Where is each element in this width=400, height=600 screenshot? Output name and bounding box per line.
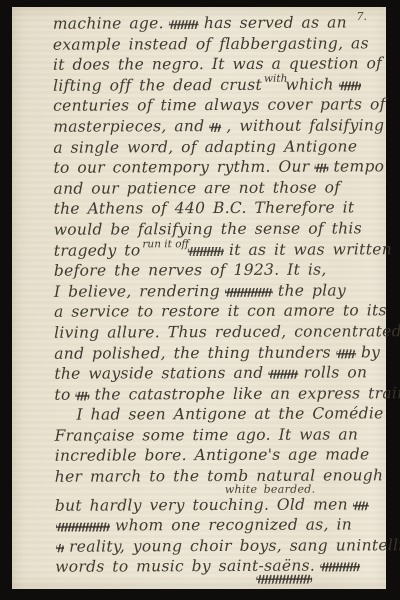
handwriting-text: the catastrophe like an express train. — [95, 384, 400, 403]
scribbled-out-word — [169, 20, 199, 29]
handwriting-text: which — [285, 75, 333, 93]
handwritten-line: reality, young choir boys, sang unintell… — [55, 535, 385, 557]
handwritten-line: to our contempory rythm. Ourtempo — [53, 156, 383, 178]
handwriting-text: a single word, of adapting Antigone — [53, 137, 357, 156]
handwritten-line: whom one recognized as, in — [55, 515, 385, 537]
handwritten-line: the Athens of 440 B.C. Therefore it — [54, 198, 384, 220]
handwriting-text: the play — [278, 281, 346, 299]
handwritten-line: and our patience are not those of — [53, 177, 383, 199]
interlinear-insertion: run it off — [142, 234, 189, 255]
handwriting-text: has served as an — [204, 13, 347, 32]
handwritten-line: words to music by saint-saëns. — [55, 556, 385, 578]
scribbled-out-word — [320, 563, 360, 572]
scribbled-out-word — [56, 523, 110, 532]
handwriting-text: white bearded. — [225, 482, 316, 495]
handwritten-line: I had seen Antigone at the Comédie — [54, 404, 384, 426]
handwriting-text: would be falsifying the sense of this — [54, 219, 362, 238]
handwritten-line: lifting off the dead crustwithwhich — [53, 74, 383, 96]
handwriting-text: it does the negro. It was a question of — [53, 54, 382, 73]
scribbled-out-word — [188, 247, 224, 256]
scribbled-out-word — [353, 501, 369, 510]
handwritten-line: would be falsifying the sense of this — [54, 218, 384, 240]
handwriting-text: rolls on — [303, 363, 367, 381]
handwritten-line: the wayside stations androlls on — [54, 362, 384, 384]
handwriting-text: before the nerves of 1923. It is, — [54, 261, 327, 280]
handwriting-text: reality, young choir boys, sang unintell… — [69, 536, 400, 556]
handwriting-text: the wayside stations and — [54, 364, 263, 383]
handwritten-line: incredible bore. Antigone's age made — [55, 445, 385, 467]
scribbled-out-word — [76, 391, 90, 400]
handwriting-text: her march to the tomb natural enough — [55, 466, 384, 485]
handwriting-text: but hardly very touching. Old men — [55, 495, 348, 514]
handwriting-text: lifting off the dead crust — [53, 76, 262, 95]
handwriting-text: tempo — [333, 157, 384, 175]
handwriting-text: and our patience are not those of — [53, 178, 340, 197]
handwritten-line: centuries of time always cover parts of — [53, 95, 383, 117]
handwriting-text: living allure. Thus reduced, concentrate… — [54, 322, 400, 342]
handwritten-line: masterpieces, and, without falsifying — [53, 115, 383, 137]
handwritten-line: it does the negro. It was a question of — [53, 53, 383, 75]
handwritten-line: a single word, of adapting Antigone — [53, 136, 383, 158]
handwritten-line: her march to the tomb natural enough — [55, 465, 385, 487]
handwriting-text: to our contempory rythm. Our — [53, 158, 309, 177]
handwriting-text: machine age. — [53, 14, 164, 32]
handwriting-text: I believe, rendering — [54, 282, 220, 301]
manuscript-lines: machine age.has served as anexample inst… — [53, 12, 386, 587]
handwriting-text: centuries of time always cover parts of — [53, 96, 386, 115]
scribbled-out-word — [268, 370, 298, 379]
handwriting-text: tragedy to — [54, 241, 141, 259]
handwriting-text: , without falsifying — [226, 116, 384, 135]
handwritten-line: example instead of flabbergasting, as — [53, 33, 383, 55]
handwritten-line: but hardly very touching. Old men — [55, 494, 385, 516]
scribbled-out-word — [209, 123, 221, 132]
interlinear-insertion: with — [264, 68, 287, 89]
handwritten-line: and polished, the thing thundersby — [54, 342, 384, 364]
handwritten-line: tothe catastrophe like an express train. — [54, 383, 384, 405]
scribbled-out-word — [56, 544, 64, 553]
manuscript-page: 7. machine age.has served as anexample i… — [12, 7, 386, 589]
handwriting-text: by — [361, 343, 380, 361]
handwriting-text: and polished, the thing thunders — [54, 343, 331, 362]
scan-background: 7. machine age.has served as anexample i… — [0, 0, 400, 600]
handwriting-text: I had seen Antigone at the Comédie — [76, 405, 383, 424]
scribbled-out-word — [339, 81, 361, 90]
scribbled-out-word — [314, 164, 328, 173]
handwritten-line: tragedy torun it offit as it was written — [54, 239, 384, 261]
handwritten-line: machine age.has served as an — [53, 12, 383, 34]
handwriting-text: masterpieces, and — [53, 117, 204, 136]
scribbled-out-word — [336, 349, 356, 358]
handwriting-text: incredible bore. Antigone's age made — [55, 446, 370, 465]
handwritten-line: Française some time ago. It was an — [55, 424, 385, 446]
handwritten-line: a service to restore it con amore to its — [54, 301, 384, 323]
handwriting-text: Française some time ago. It was an — [55, 425, 359, 444]
handwriting-text: a service to restore it con amore to its — [54, 302, 387, 321]
handwritten-line: I believe, renderingthe play — [54, 280, 384, 302]
handwriting-text: to — [54, 385, 70, 403]
handwriting-text: the Athens of 440 B.C. Therefore it — [54, 199, 355, 218]
handwriting-text: it as it was written — [229, 240, 392, 259]
scribbled-out-word — [225, 287, 273, 296]
handwritten-line: living allure. Thus reduced, concentrate… — [54, 321, 384, 343]
handwritten-line: before the nerves of 1923. It is, — [54, 259, 384, 281]
scribbled-out-word — [256, 575, 312, 584]
handwriting-text: whom one recognized as, in — [115, 516, 352, 535]
handwriting-text: example instead of flabbergasting, as — [53, 34, 369, 53]
